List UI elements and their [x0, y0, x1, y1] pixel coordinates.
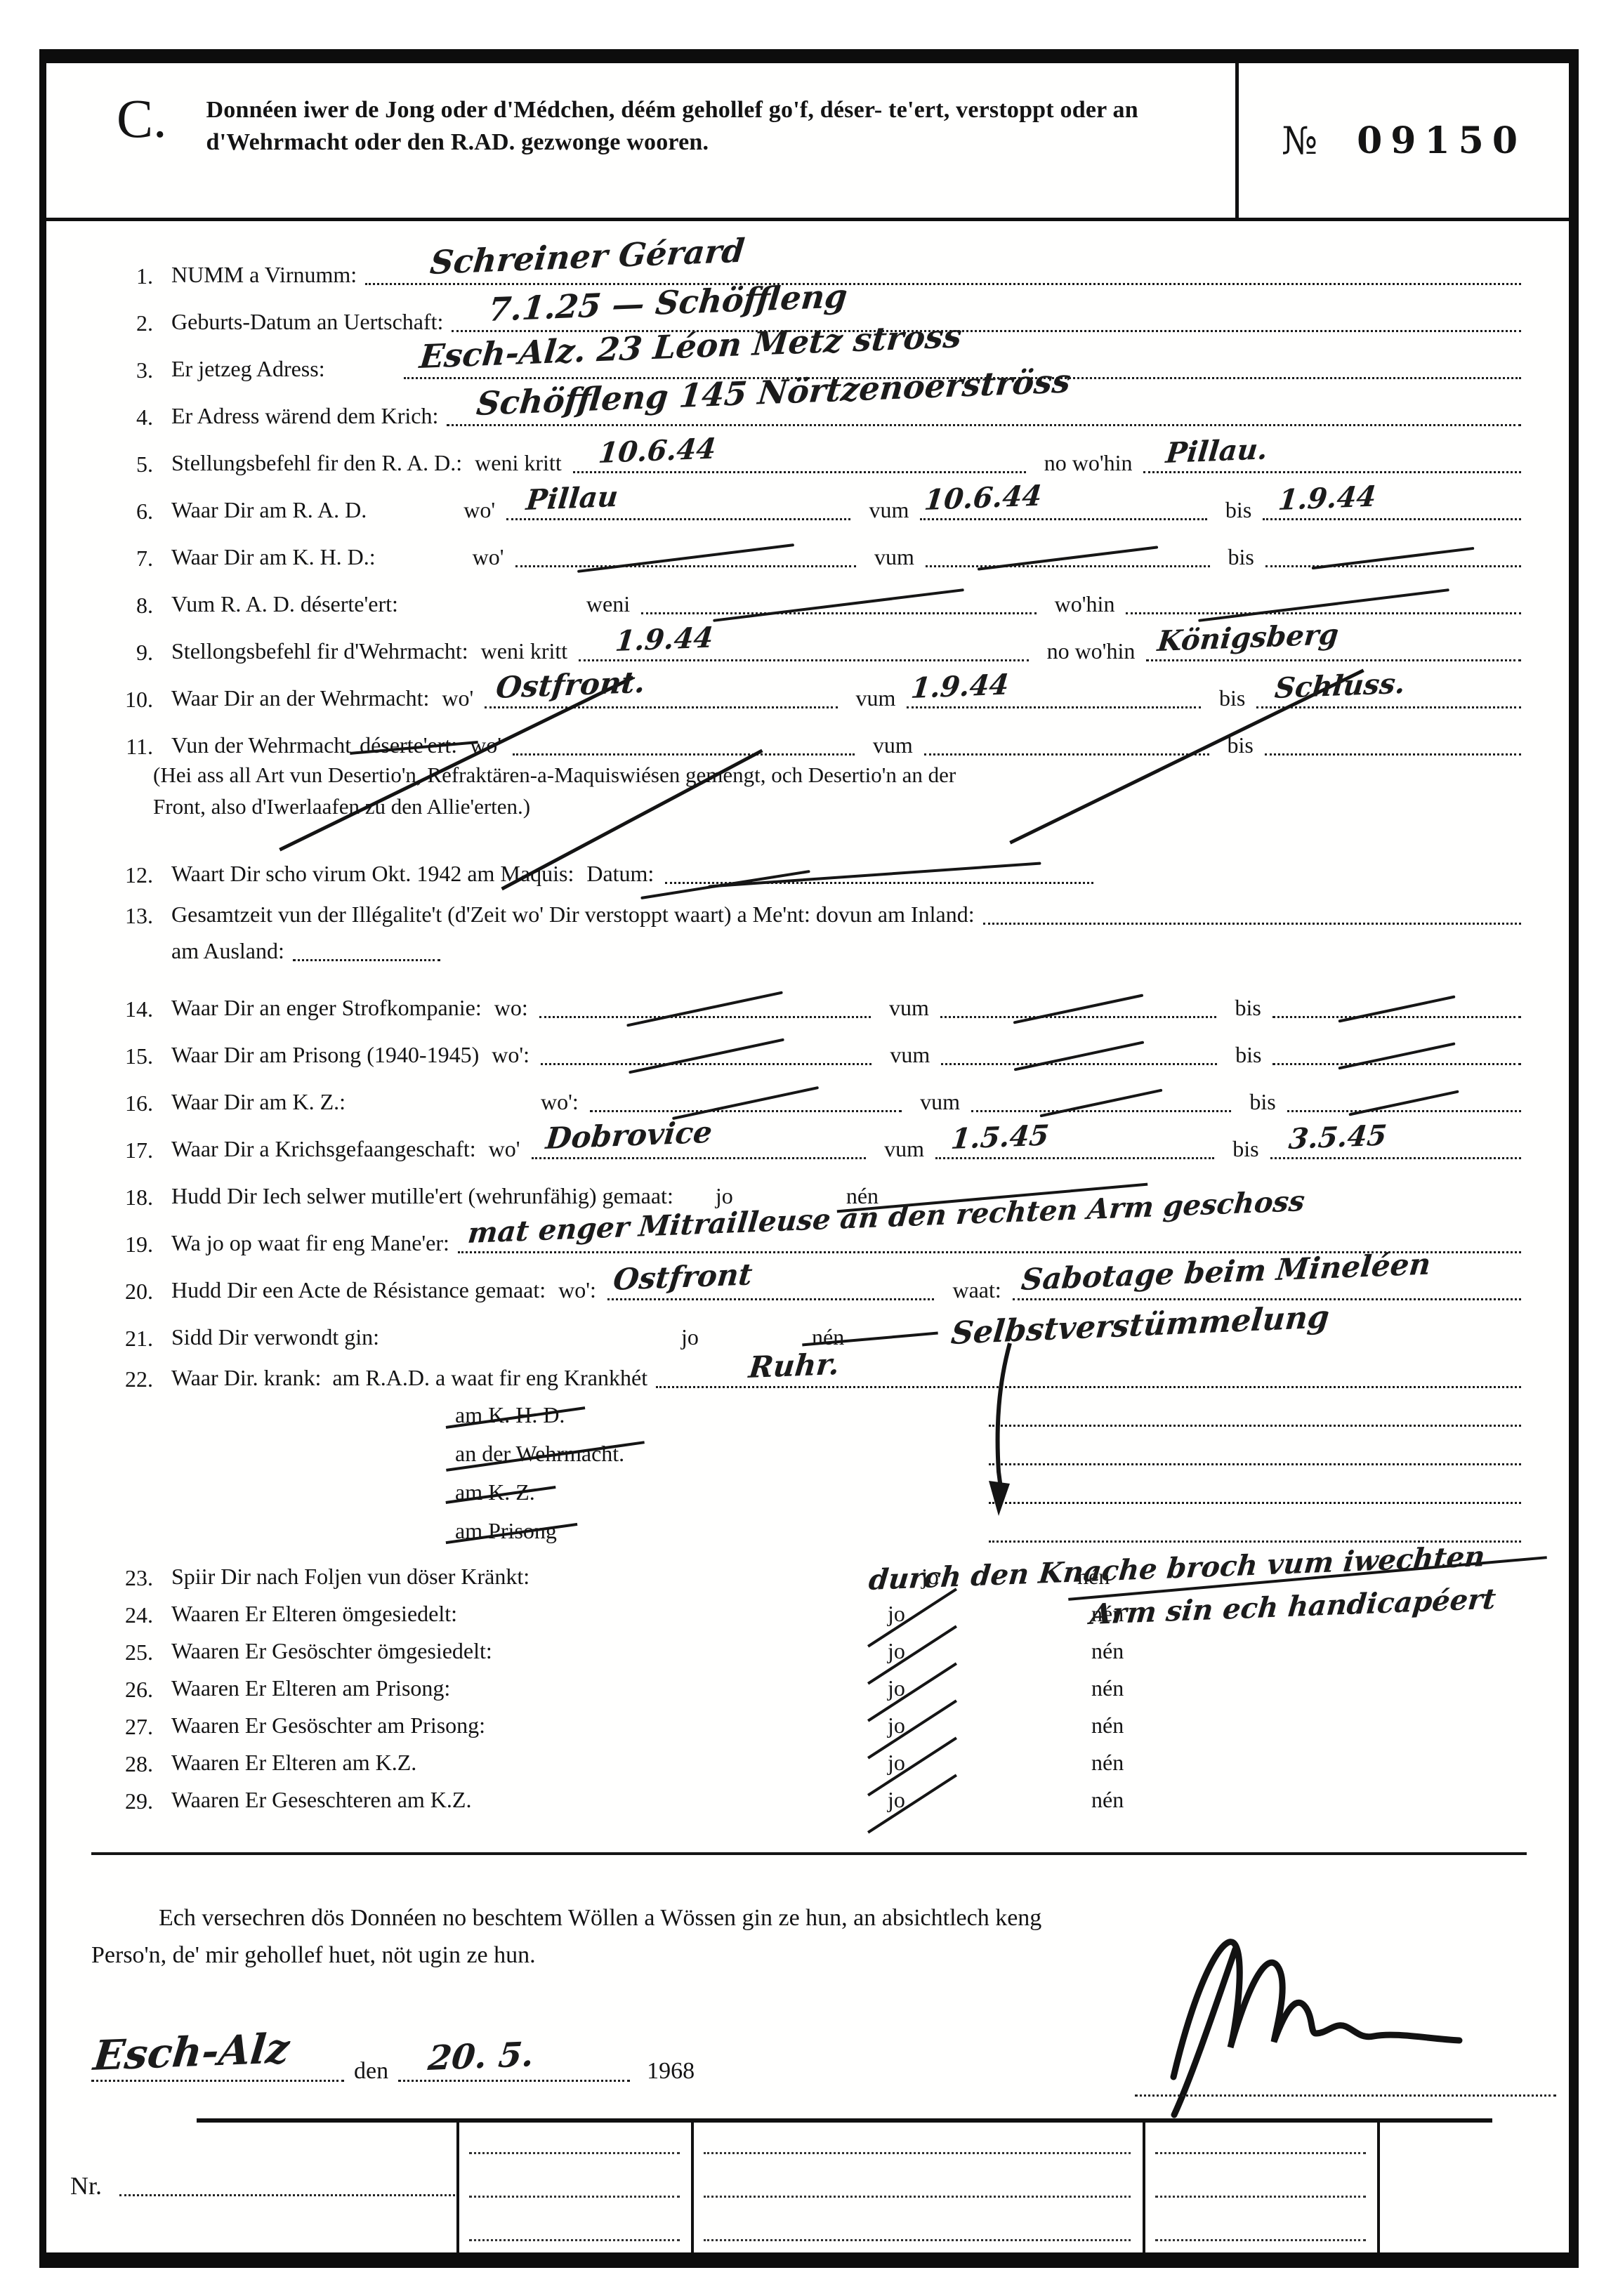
item-11-block: 11. Vun der Wehrmacht déserte'ert: wo' v…: [91, 713, 1527, 823]
item-label: Geburts-Datum an Uertschaft:: [171, 309, 443, 336]
answer-line: [293, 951, 440, 961]
item-number: 6.: [91, 499, 171, 524]
answer-line: [539, 1008, 871, 1018]
item-9: 9. Stellongsbefehl fir d'Wehrmacht: weni…: [91, 619, 1527, 666]
nr-label: Nr.: [70, 2171, 102, 2201]
option-nen: nén: [1091, 1787, 1527, 1814]
field-prefix: no wo'hin: [1034, 638, 1138, 666]
handwritten-date: 10.6.44: [597, 432, 718, 470]
answer-line: [1265, 557, 1521, 567]
item-number: 26.: [91, 1677, 171, 1703]
field-prefix: wo'hin: [1042, 591, 1118, 619]
item-number: 24.: [91, 1602, 171, 1628]
item-27: 27. Waaren Er Gesöschter am Prisong: jo …: [91, 1703, 1527, 1740]
answer-line: 10.6.44: [920, 510, 1207, 520]
item-label: Hudd Dir Iech selwer mutille'ert (wehrun…: [171, 1183, 673, 1210]
handwritten-name: Schreiner Gérard: [428, 232, 746, 282]
item-14: 14. Waar Dir an enger Strofkompanie: wo:…: [91, 975, 1527, 1022]
item-label: am Ausland:: [171, 938, 284, 965]
answer-line: 1.9.44: [907, 698, 1201, 708]
item-number: 11.: [91, 734, 171, 760]
item-number: 2.: [91, 310, 171, 336]
answer-line: [1265, 745, 1521, 756]
answer-line: Dobrovice: [532, 1149, 867, 1159]
title-line3: wooren.: [626, 129, 709, 155]
handwritten-dash: [977, 546, 1157, 571]
answer-line: [665, 873, 1093, 884]
field-prefix: wo': [429, 685, 476, 713]
item-10: 10. Waar Dir an der Wehrmacht: wo' Ostfr…: [91, 666, 1527, 713]
option-nen: nén: [1091, 1750, 1527, 1777]
item-number: 21.: [91, 1326, 171, 1352]
answer-line: [989, 1455, 1521, 1465]
form-header: C. Donnéen iwer de Jong oder d'Médchen, …: [46, 63, 1569, 221]
field-prefix: vum: [856, 497, 912, 524]
item-number: 4.: [91, 404, 171, 430]
handwritten-dash: [627, 991, 784, 1027]
item-number: 1.: [91, 263, 171, 289]
item-label: Waar Dir a Krichsgefaangeschaft:: [171, 1136, 476, 1163]
field-prefix: no wo'hin: [1032, 450, 1136, 477]
item-label: Er Adress wärend dem Krich:: [171, 403, 438, 430]
answer-line: 1.5.45: [935, 1149, 1214, 1159]
answer-line: Ostfront: [607, 1290, 935, 1300]
item-label: Waar Dir am Prisong (1940-1945): [171, 1042, 479, 1069]
field-prefix: vum: [860, 732, 916, 760]
signature-line: [1135, 2094, 1556, 2097]
item-number: 8.: [91, 593, 171, 619]
item-label: Waaren Er Gesöschter am Prisong:: [171, 1713, 485, 1740]
place-line: Esch-Alz: [91, 2070, 344, 2082]
item-number: 29.: [91, 1788, 171, 1814]
handwritten-dash: [1198, 588, 1449, 622]
item-label: NUMM a Virnumm:: [171, 262, 357, 289]
field-prefix: Datum:: [574, 861, 657, 888]
handwritten-place: Esch-Alz: [91, 2024, 291, 2080]
field-prefix: bis: [1216, 544, 1257, 572]
option-jo-struck: jo: [888, 1787, 1091, 1814]
item-label: Sidd Dir verwondt gin:: [171, 1324, 379, 1352]
item-22: 22. Waar Dir. krank: am R.A.D. a waat fi…: [91, 1352, 1527, 1392]
item-label: Spiir Dir nach Foljen vun döser Kränkt:: [171, 1564, 530, 1591]
item-28: 28. Waaren Er Elteren am K.Z. jo nén: [91, 1740, 1527, 1777]
answer-line: [989, 1416, 1521, 1427]
item-number: 20.: [91, 1279, 171, 1305]
field-prefix: vum: [872, 1136, 927, 1163]
table-dotted-line: [469, 2239, 680, 2241]
item-22-block: 22. Waar Dir. krank: am R.A.D. a waat fi…: [91, 1352, 1527, 1547]
option-nen: nén: [1091, 1638, 1527, 1665]
item-label: Wa jo op waat fir eng Mane'er:: [171, 1230, 449, 1258]
item-number: 28.: [91, 1751, 171, 1777]
field-prefix: wo':: [546, 1277, 599, 1305]
item-label: Stellongsbefehl fir d'Wehrmacht:: [171, 638, 468, 666]
handwritten-date: 3.5.45: [1287, 1119, 1388, 1156]
struck-sublabel: am K. H. D.: [455, 1402, 565, 1431]
handwritten-dash: [709, 862, 1041, 888]
handwritten-place: Dobrovice: [544, 1115, 713, 1156]
table-dotted-line: [1155, 2196, 1366, 2198]
answer-line: [971, 1102, 1231, 1112]
question-list: 1. NUMM a Virnumm: Schreiner Gérard 2. G…: [46, 221, 1569, 1855]
handwritten-date: 1.5.45: [949, 1119, 1051, 1156]
item-13-block: 13. Gesamtzeit vun der Illégalite't (d'Z…: [91, 888, 1527, 965]
handwritten-place: Ostfront: [612, 1257, 754, 1297]
item-22-sub4: am Prisong: [91, 1508, 1527, 1547]
handwritten-dash: [1013, 994, 1144, 1024]
item-20: 20. Hudd Dir een Acte de Résistance gema…: [91, 1258, 1527, 1305]
form-border: C. Donnéen iwer de Jong oder d'Médchen, …: [39, 49, 1579, 2268]
answer-line: Pillau: [506, 510, 850, 520]
table-dotted-line: [1155, 2239, 1366, 2241]
scanned-form-page: C. Donnéen iwer de Jong oder d'Médchen, …: [0, 0, 1618, 2296]
struck-sublabel: am Prisong: [455, 1518, 557, 1547]
item-6: 6. Waar Dir am R. A. D. wo' Pillau vum 1…: [91, 477, 1527, 524]
signature: [1058, 1889, 1577, 2120]
item-13: 13. Gesamtzeit vun der Illégalite't (d'Z…: [91, 888, 1527, 929]
table-dotted-line: [1155, 2152, 1366, 2154]
item-8: 8. Vum R. A. D. déserte'ert: weni wo'hin: [91, 572, 1527, 619]
item-label: Waaren Er Elteren am K.Z.: [171, 1750, 416, 1777]
field-prefix: vum: [876, 995, 932, 1022]
signature-scribble: [1058, 1889, 1577, 2120]
item-5: 5. Stellungsbefehl fir den R. A. D.: wen…: [91, 430, 1527, 477]
item-23: 23. Spiir Dir nach Foljen vun döser Krän…: [91, 1554, 1527, 1591]
handwritten-dash: [1339, 1042, 1456, 1069]
answer-line: 3.5.45: [1270, 1149, 1521, 1159]
item-number: 9.: [91, 640, 171, 666]
section-letter: C.: [117, 94, 167, 218]
option-nen: nén: [1091, 1675, 1527, 1703]
answer-line: Schluss.: [1256, 698, 1521, 708]
item-label: Waar Dir am R. A. D.: [171, 497, 367, 524]
handwritten-word: Schluss.: [1273, 667, 1407, 705]
answer-line: Schreiner Gérard: [365, 275, 1521, 285]
answer-line: [1272, 1055, 1521, 1065]
item-label: Waar Dir. krank:: [171, 1365, 321, 1392]
serial-number-box: № 09150: [1235, 63, 1569, 218]
field-prefix: wo': [457, 732, 504, 760]
handwritten-date: 1.9.44: [614, 621, 715, 658]
handwritten-date: 20. 5.: [426, 2035, 536, 2078]
answer-line: Ostfront.: [485, 698, 837, 708]
option-jo-struck: jo: [888, 1638, 1091, 1665]
handwritten-place: Pillau.: [1164, 433, 1269, 470]
answer-line: 10.6.44: [573, 463, 1026, 473]
divider-line: [91, 1852, 1527, 1855]
answer-line: [515, 557, 857, 567]
answer-line: [940, 1008, 1217, 1018]
field-prefix: wo:: [482, 995, 531, 1022]
field-prefix: waat:: [940, 1277, 1004, 1305]
footer-table: [197, 2118, 1492, 2252]
table-dotted-line: [469, 2196, 680, 2198]
item-label: Waaren Er Gesöschter ömgesiedelt:: [171, 1638, 492, 1665]
table-vline: [456, 2123, 459, 2252]
item-number: 14.: [91, 996, 171, 1022]
field-prefix: vum: [843, 685, 899, 713]
answer-line: [590, 1102, 902, 1112]
field-prefix: bis: [1213, 497, 1254, 524]
field-prefix: bis: [1222, 995, 1263, 1022]
option-jo-struck: jo: [888, 1601, 1091, 1628]
field-prefix: bis: [1206, 685, 1248, 713]
handwritten-dash: [1338, 995, 1455, 1022]
item-number: 23.: [91, 1565, 171, 1591]
answer-line: Ruhr.: [656, 1378, 1521, 1388]
handwritten-dash: [1349, 1090, 1459, 1116]
field-prefix: weni kritt: [462, 450, 565, 477]
item-label: Waar Dir am K. H. D.:: [171, 544, 376, 572]
answer-line: Königsberg: [1146, 651, 1521, 661]
table-dotted-line: [704, 2239, 1131, 2241]
item-number: 12.: [91, 862, 171, 888]
handwritten-dash: [1040, 1088, 1163, 1117]
note-line2: Front, also d'Iwerlaafen zu den Allie'er…: [153, 794, 530, 819]
option-jo-struck: jo: [888, 1675, 1091, 1703]
field-prefix: bis: [1215, 732, 1256, 760]
item-label: Waar Dir an enger Strofkompanie:: [171, 995, 482, 1022]
handwritten-illness: Ruhr.: [747, 1347, 841, 1385]
handwritten-date: 1.9.44: [1277, 480, 1378, 517]
item-number: 15.: [91, 1043, 171, 1069]
item-12: 12. Waart Dir scho virum Okt. 1942 am Ma…: [91, 841, 1527, 888]
item-label: Waaren Er Elteren ömgesiedelt:: [171, 1601, 457, 1628]
field-prefix: wo': [476, 1136, 523, 1163]
item-label: Waaren Er Elteren am Prisong:: [171, 1675, 450, 1703]
handwritten-dash: [713, 588, 964, 622]
item-number: 7.: [91, 546, 171, 572]
item-21: 21. Sidd Dir verwondt gin: jo nén Selbst…: [91, 1305, 1527, 1352]
option-jo-struck: jo: [888, 1750, 1091, 1777]
handwritten-dash: [1312, 547, 1475, 569]
item-19: 19. Wa jo op waat fir eng Mane'er: mat e…: [91, 1210, 1527, 1258]
item-label-struck: déserte'ert:: [360, 732, 457, 760]
item-13-line2: am Ausland:: [91, 929, 1527, 965]
field-prefix: vum: [907, 1089, 963, 1116]
item-label: Er jetzeg Adress:: [171, 356, 325, 383]
item-22-sub2: an der Wehrmacht.: [91, 1431, 1527, 1470]
item-7: 7. Waar Dir am K. H. D.: wo' vum bis: [91, 524, 1527, 572]
numero-sign: №: [1282, 119, 1317, 163]
struck-sublabel: am K. Z.: [455, 1479, 535, 1508]
handwritten-place: Pillau: [525, 480, 619, 517]
item-15: 15. Waar Dir am Prisong (1940-1945) wo':…: [91, 1022, 1527, 1069]
item-number: 22.: [91, 1366, 171, 1392]
answer-line: [1272, 1008, 1521, 1018]
header-left: C. Donnéen iwer de Jong oder d'Médchen, …: [46, 63, 1235, 218]
table-vline: [691, 2123, 694, 2252]
handwritten-date: 10.6.44: [923, 479, 1044, 517]
option-jo: jo: [681, 1324, 812, 1352]
item-number: 10.: [91, 687, 171, 713]
item-label: Waar Dir an der Wehrmacht:: [171, 685, 429, 713]
answer-line: [1287, 1102, 1521, 1112]
field-prefix: bis: [1237, 1089, 1278, 1116]
field-prefix: vum: [862, 544, 917, 572]
item-26: 26. Waaren Er Elteren am Prisong: jo nén: [91, 1665, 1527, 1703]
answer-line: [541, 1055, 872, 1065]
item-label: Waar Dir am K. Z.:: [171, 1089, 346, 1116]
field-prefix: wo':: [479, 1042, 532, 1069]
handwritten-dash: [577, 543, 794, 573]
field-prefix: wo': [451, 497, 498, 524]
handwritten-place: Ostfront.: [494, 665, 647, 705]
item-label: Gesamtzeit vun der Illégalite't (d'Zeit …: [171, 902, 975, 929]
item-number: 13.: [91, 903, 171, 929]
item-label: Vun der Wehrmacht: [171, 732, 351, 760]
item-number: 19.: [91, 1232, 171, 1258]
answer-line: [641, 604, 1037, 614]
item-25: 25. Waaren Er Gesöschter ömgesiedelt: jo…: [91, 1628, 1527, 1665]
table-dotted-line: [704, 2152, 1131, 2154]
field-prefix: vum: [877, 1042, 933, 1069]
answer-line: Sabotage beim Mineléen: [1013, 1290, 1521, 1300]
item-number: 5.: [91, 451, 171, 477]
answer-line: [924, 745, 1209, 756]
item-number: 27.: [91, 1714, 171, 1740]
table-vline: [1377, 2123, 1380, 2252]
answer-line: 1.9.44: [579, 651, 1028, 661]
item-sublabel: am R.A.D. a waat fir eng Krankhét: [332, 1365, 647, 1392]
handwritten-dash: [629, 1038, 784, 1074]
handwritten-dash: [1014, 1041, 1144, 1071]
field-prefix: bis: [1223, 1042, 1264, 1069]
answer-line: [941, 1055, 1217, 1065]
item-label: Hudd Dir een Acte de Résistance gemaat:: [171, 1277, 546, 1305]
item-22-sub3: am K. Z.: [91, 1470, 1527, 1508]
answer-line: [983, 914, 1521, 925]
item-label: Vum R. A. D. déserte'ert:: [171, 591, 398, 619]
field-prefix: weni kritt: [468, 638, 571, 666]
den-label: den: [344, 2058, 388, 2086]
answer-line: 1.9.44: [1263, 510, 1521, 520]
form-title: Donnéen iwer de Jong oder d'Médchen, déé…: [206, 94, 1183, 218]
table-dotted-line: [469, 2152, 680, 2154]
handwritten-arrow-down: [978, 1342, 1027, 1523]
item-number: 17.: [91, 1137, 171, 1163]
handwritten-place: Königsberg: [1156, 618, 1340, 658]
answer-line: Schöffleng 145 Nörtzenoerströss: [447, 416, 1521, 426]
item-label: Waaren Er Geseschteren am K.Z.: [171, 1787, 471, 1814]
item-number: 16.: [91, 1090, 171, 1116]
item-number: 25.: [91, 1639, 171, 1665]
item-11-note: (Hei ass all Art vun Desertio'n, Refrakt…: [153, 760, 1527, 823]
item-24: 24. Waaren Er Elteren ömgesiedelt: jo né…: [91, 1591, 1527, 1628]
item-number: 18.: [91, 1185, 171, 1210]
table-vline: [1143, 2123, 1145, 2252]
year-label: 1968: [640, 2058, 695, 2086]
option-jo-struck: jo: [888, 1713, 1091, 1740]
item-label: Stellungsbefehl fir den R. A. D.:: [171, 450, 462, 477]
answer-line: [989, 1493, 1521, 1504]
note-line1: (Hei ass all Art vun Desertio'n, Refrakt…: [153, 763, 956, 787]
option-nen: nén: [1091, 1713, 1527, 1740]
table-dotted-line: [704, 2196, 1131, 2198]
answer-line: [513, 745, 855, 756]
answer-line: [926, 557, 1210, 567]
struck-sublabel: an der Wehrmacht.: [455, 1441, 624, 1470]
field-prefix: bis: [1220, 1136, 1261, 1163]
item-29: 29. Waaren Er Geseschteren am K.Z. jo né…: [91, 1777, 1527, 1814]
item-16: 16. Waar Dir am K. Z.: wo': vum bis: [91, 1069, 1527, 1116]
field-prefix: wo':: [528, 1089, 581, 1116]
handwritten-date: 1.9.44: [909, 668, 1011, 705]
date-line: 20. 5.: [398, 2070, 630, 2082]
item-17: 17. Waar Dir a Krichsgefaangeschaft: wo'…: [91, 1116, 1527, 1163]
item-number: 3.: [91, 357, 171, 383]
item-22-sub1: am K. H. D.: [91, 1392, 1527, 1431]
answer-line: [1126, 604, 1521, 614]
field-prefix: weni: [574, 591, 633, 619]
title-line1: Donnéen iwer de Jong oder d'Médchen, déé…: [206, 97, 883, 123]
serial-number: 09150: [1357, 119, 1526, 162]
answer-line: Pillau.: [1143, 463, 1521, 473]
item-4: 4. Er Adress wärend dem Krich: Schöfflen…: [91, 383, 1527, 430]
item-11: 11. Vun der Wehrmacht déserte'ert: wo' v…: [91, 713, 1527, 760]
field-prefix: wo': [460, 544, 507, 572]
